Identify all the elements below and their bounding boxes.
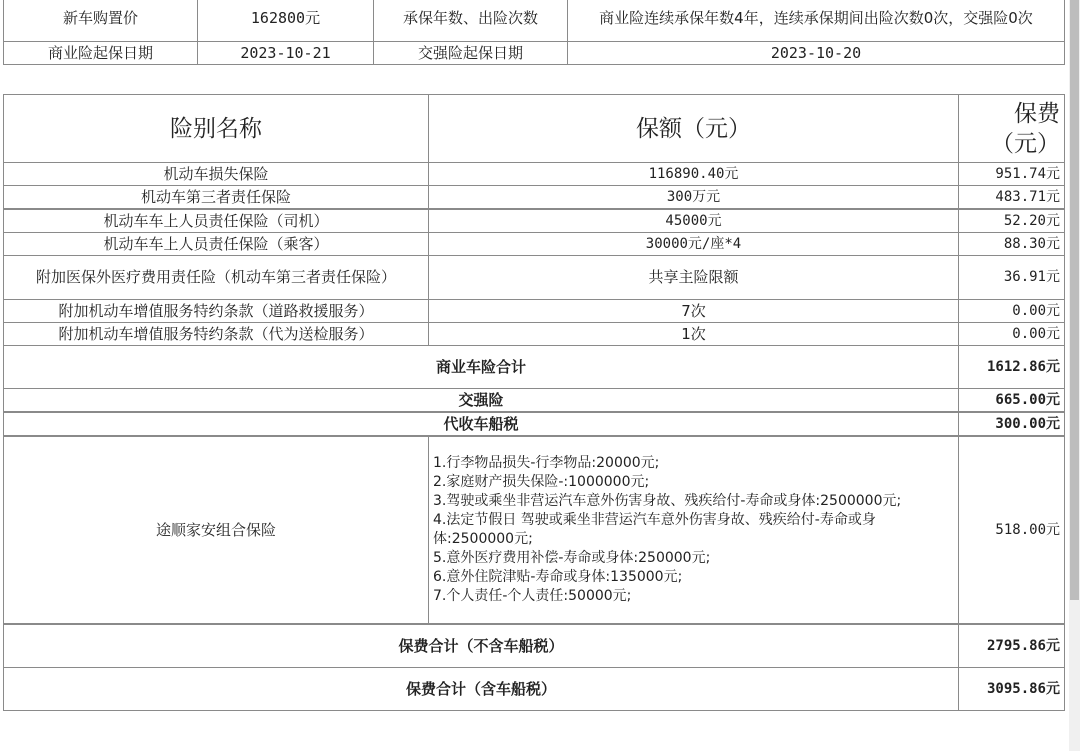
- commercial-total-label: 商业车险合计: [4, 346, 959, 389]
- coverage-amount: 1次: [429, 323, 959, 346]
- coverage-amount: 300万元: [429, 186, 959, 210]
- coverage-amount: 共享主险限额: [429, 256, 959, 300]
- total-excl-tax-fee: 2795.86元: [959, 624, 1065, 668]
- commercial-total-row: 商业车险合计 1612.86元: [4, 346, 1065, 389]
- coverage-name: 机动车车上人员责任保险（司机）: [4, 209, 429, 233]
- value-purchase-price: 162800元: [198, 0, 374, 42]
- coverage-name: 机动车车上人员责任保险（乘客）: [4, 233, 429, 256]
- label-years-claims: 承保年数、出险次数: [374, 0, 568, 42]
- info-row-purchase: 新车购置价 162800元 承保年数、出险次数 商业险连续承保年数4年，连续承保…: [4, 0, 1065, 42]
- coverage-fee: 483.71元: [959, 186, 1065, 210]
- total-excl-tax-label: 保费合计（不含车船税）: [4, 624, 959, 668]
- combo-detail-item: 7.个人责任-个人责任:50000元;: [433, 587, 954, 606]
- coverage-fee: 0.00元: [959, 300, 1065, 323]
- coverage-fee: 951.74元: [959, 163, 1065, 186]
- coverage-fee: 36.91元: [959, 256, 1065, 300]
- table-row: 机动车第三者责任保险 300万元 483.71元: [4, 186, 1065, 210]
- info-row-dates: 商业险起保日期 2023-10-21 交强险起保日期 2023-10-20: [4, 42, 1065, 65]
- scrollbar-thumb[interactable]: [1070, 0, 1079, 600]
- value-years-claims: 商业险连续承保年数4年，连续承保期间出险次数0次，交强险0次: [568, 0, 1065, 42]
- policy-info-table: 新车购置价 162800元 承保年数、出险次数 商业险连续承保年数4年，连续承保…: [3, 0, 1065, 65]
- coverage-fee: 0.00元: [959, 323, 1065, 346]
- compulsory-label: 交强险: [4, 389, 959, 413]
- combo-detail-item: 2.家庭财产损失保险-:1000000元;: [433, 473, 954, 492]
- table-row: 附加机动车增值服务特约条款（代为送检服务） 1次 0.00元: [4, 323, 1065, 346]
- header-coverage-name: 险别名称: [4, 95, 429, 163]
- header-amount: 保额（元）: [429, 95, 959, 163]
- header-fee: 保费（元）: [959, 95, 1065, 163]
- value-commercial-start: 2023-10-21: [198, 42, 374, 65]
- compulsory-fee: 665.00元: [959, 389, 1065, 413]
- coverage-table: 险别名称 保额（元） 保费（元） 机动车损失保险 116890.40元 951.…: [3, 94, 1065, 711]
- label-commercial-start: 商业险起保日期: [4, 42, 198, 65]
- table-row: 附加医保外医疗费用责任险（机动车第三者责任保险） 共享主险限额 36.91元: [4, 256, 1065, 300]
- total-incl-tax-label: 保费合计（含车船税）: [4, 668, 959, 711]
- coverage-name: 附加机动车增值服务特约条款（道路救援服务）: [4, 300, 429, 323]
- table-row: 机动车损失保险 116890.40元 951.74元: [4, 163, 1065, 186]
- value-compulsory-start: 2023-10-20: [568, 42, 1065, 65]
- table-row: 机动车车上人员责任保险（司机） 45000元 52.20元: [4, 209, 1065, 233]
- vehicle-tax-label: 代收车船税: [4, 412, 959, 436]
- coverage-amount: 30000元/座*4: [429, 233, 959, 256]
- header-row: 险别名称 保额（元） 保费（元）: [4, 95, 1065, 163]
- coverage-name: 附加医保外医疗费用责任险（机动车第三者责任保险）: [4, 256, 429, 300]
- combo-detail-item: 5.意外医疗费用补偿-寿命或身体:250000元;: [433, 549, 954, 568]
- total-excl-tax-row: 保费合计（不含车船税） 2795.86元: [4, 624, 1065, 668]
- label-purchase-price: 新车购置价: [4, 0, 198, 42]
- combo-name: 途顺家安组合保险: [4, 436, 429, 624]
- total-incl-tax-row: 保费合计（含车船税） 3095.86元: [4, 668, 1065, 711]
- combo-fee: 518.00元: [959, 436, 1065, 624]
- coverage-amount: 45000元: [429, 209, 959, 233]
- combo-insurance-row: 途顺家安组合保险 1.行李物品损失-行李物品:20000元; 2.家庭财产损失保…: [4, 436, 1065, 624]
- coverage-amount: 7次: [429, 300, 959, 323]
- vehicle-tax-fee: 300.00元: [959, 412, 1065, 436]
- commercial-total-fee: 1612.86元: [959, 346, 1065, 389]
- coverage-amount: 116890.40元: [429, 163, 959, 186]
- combo-details: 1.行李物品损失-行李物品:20000元; 2.家庭财产损失保险-:100000…: [429, 436, 959, 624]
- combo-detail-item: 6.意外住院津贴-寿命或身体:135000元;: [433, 568, 954, 587]
- compulsory-row: 交强险 665.00元: [4, 389, 1065, 413]
- coverage-name: 机动车第三者责任保险: [4, 186, 429, 210]
- coverage-fee: 52.20元: [959, 209, 1065, 233]
- total-incl-tax-fee: 3095.86元: [959, 668, 1065, 711]
- coverage-name: 机动车损失保险: [4, 163, 429, 186]
- table-row: 附加机动车增值服务特约条款（道路救援服务） 7次 0.00元: [4, 300, 1065, 323]
- label-compulsory-start: 交强险起保日期: [374, 42, 568, 65]
- vehicle-tax-row: 代收车船税 300.00元: [4, 412, 1065, 436]
- combo-detail-item: 4.法定节假日 驾驶或乘坐非营运汽车意外伤害身故、残疾给付-寿命或身体:2500…: [433, 511, 954, 549]
- combo-detail-item: 1.行李物品损失-行李物品:20000元;: [433, 454, 954, 473]
- coverage-fee: 88.30元: [959, 233, 1065, 256]
- combo-detail-item: 3.驾驶或乘坐非营运汽车意外伤害身故、残疾给付-寿命或身体:2500000元;: [433, 492, 954, 511]
- coverage-name: 附加机动车增值服务特约条款（代为送检服务）: [4, 323, 429, 346]
- table-row: 机动车车上人员责任保险（乘客） 30000元/座*4 88.30元: [4, 233, 1065, 256]
